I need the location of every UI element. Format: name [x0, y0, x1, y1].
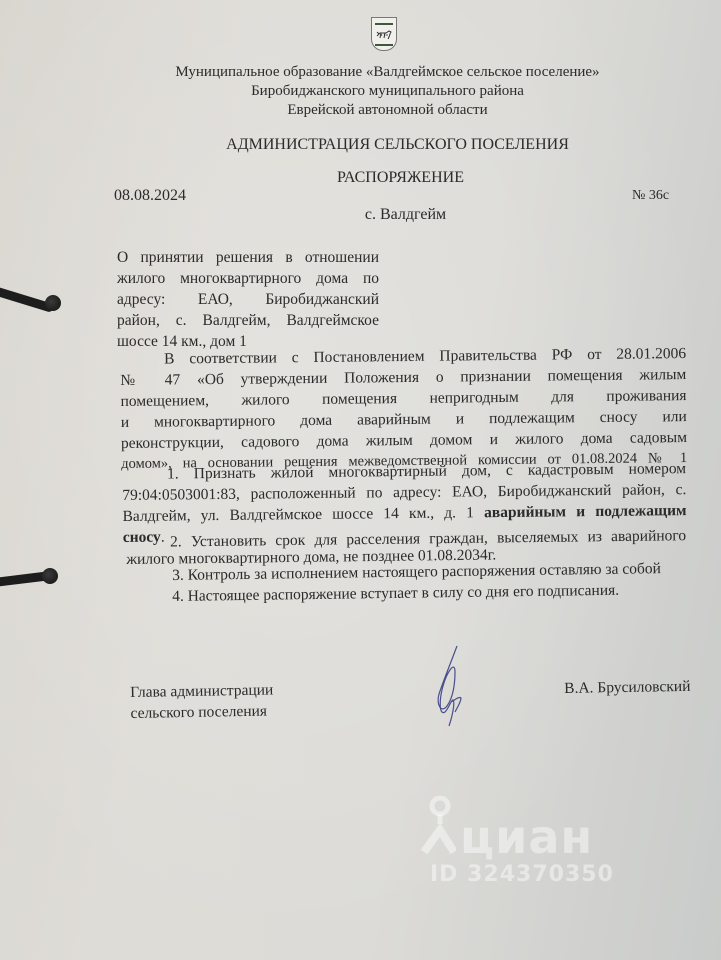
watermark-id: ID 324370350: [430, 862, 614, 887]
document-date: 08.08.2024: [114, 187, 186, 205]
administration-title: АДМИНИСТРАЦИЯ СЕЛЬСКОГО ПОСЕЛЕНИЯ: [37, 136, 721, 154]
municipality-name: Муниципальное образование «Валдгеймское …: [27, 64, 721, 81]
location-pin-icon: [420, 794, 456, 854]
coat-of-arms-icon: [371, 17, 397, 51]
watermark-brand: циан: [460, 810, 593, 864]
document-number: № 36с: [632, 188, 669, 204]
signatory-name: В.А. Брусиловский: [564, 676, 691, 699]
subject-block: О принятии решения в отношении жилого мн…: [117, 247, 379, 352]
cian-watermark: циан ID 324370350: [420, 780, 660, 880]
subject-line: О принятии решения в отношении: [117, 247, 379, 268]
document-photo: Муниципальное образование «Валдгеймское …: [0, 0, 721, 960]
region-name: Еврейской автономной области: [27, 102, 721, 119]
item-1-status: аварийным и подлежащим: [484, 502, 687, 521]
subject-line: адресу: ЕАО, Биробиджанский: [117, 289, 379, 310]
subject-line: жилого многоквартирного дома по: [117, 268, 379, 289]
signatory-position: Глава администрации сельского поселения: [130, 680, 274, 724]
binder-ring-top-end: [45, 295, 61, 311]
document-type: РАСПОРЯЖЕНИЕ: [40, 169, 721, 187]
district-name: Биробиджанского муниципального района: [27, 83, 721, 100]
preamble-block: В соответствии с Постановлением Правител…: [120, 343, 687, 475]
item-1-address: Валдгейм, ул. Валдгеймское шоссе 14 км.,…: [122, 504, 474, 525]
document-place: с. Валдгейм: [45, 206, 721, 224]
binder-ring-bottom-end: [42, 568, 58, 584]
subject-line: район, с. Валдгейм, Валдгеймское: [117, 310, 379, 331]
handwritten-signature: [425, 642, 475, 732]
